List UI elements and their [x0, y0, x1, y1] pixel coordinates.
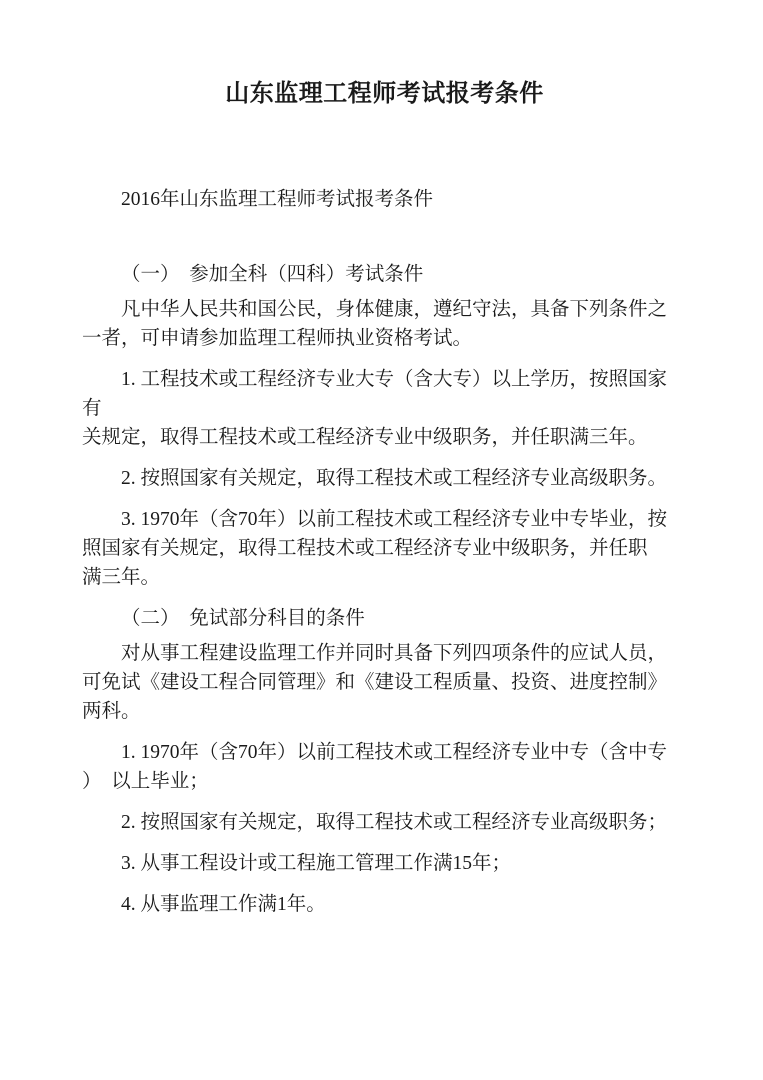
section-1-item-3: 3. 1970年（含70年）以前工程技术或工程经济专业中专毕业，按 照国家有关规… — [82, 505, 687, 592]
section-2-item-1: 1. 1970年（含70年）以前工程技术或工程经济专业中专（含中专 ） 以上毕业… — [82, 738, 687, 796]
section-2-paragraph-intro: 对从事工程建设监理工作并同时具备下列四项条件的应试人员， 可免试《建设工程合同管… — [82, 639, 687, 726]
section-1-item-1: 1. 工程技术或工程经济专业大专（含大专）以上学历，按照国家 有 关规定，取得工… — [82, 365, 687, 452]
section-exam-exempt: （二） 免试部分科目的条件 对从事工程建设监理工作并同时具备下列四项条件的应试人… — [82, 604, 687, 919]
section-2-item-2: 2. 按照国家有关规定，取得工程技术或工程经济专业高级职务； — [82, 808, 687, 837]
section-2-heading: （二） 免试部分科目的条件 — [82, 604, 687, 633]
section-1-heading: （一） 参加全科（四科）考试条件 — [82, 260, 687, 289]
section-1-paragraph-intro: 凡中华人民共和国公民，身体健康，遵纪守法，具备下列条件之 一者，可申请参加监理工… — [82, 295, 687, 353]
document-title: 山东监理工程师考试报考条件 — [82, 78, 687, 111]
document-page: 山东监理工程师考试报考条件 2016年山东监理工程师考试报考条件 （一） 参加全… — [0, 0, 763, 1080]
section-2-item-3: 3. 从事工程设计或工程施工管理工作满15年； — [82, 849, 687, 878]
document-subtitle: 2016年山东监理工程师考试报考条件 — [82, 185, 687, 214]
section-1-item-2: 2. 按照国家有关规定，取得工程技术或工程经济专业高级职务。 — [82, 464, 687, 493]
section-exam-full: （一） 参加全科（四科）考试条件 凡中华人民共和国公民，身体健康，遵纪守法，具备… — [82, 260, 687, 592]
section-2-item-4: 4. 从事监理工作满1年。 — [82, 890, 687, 919]
